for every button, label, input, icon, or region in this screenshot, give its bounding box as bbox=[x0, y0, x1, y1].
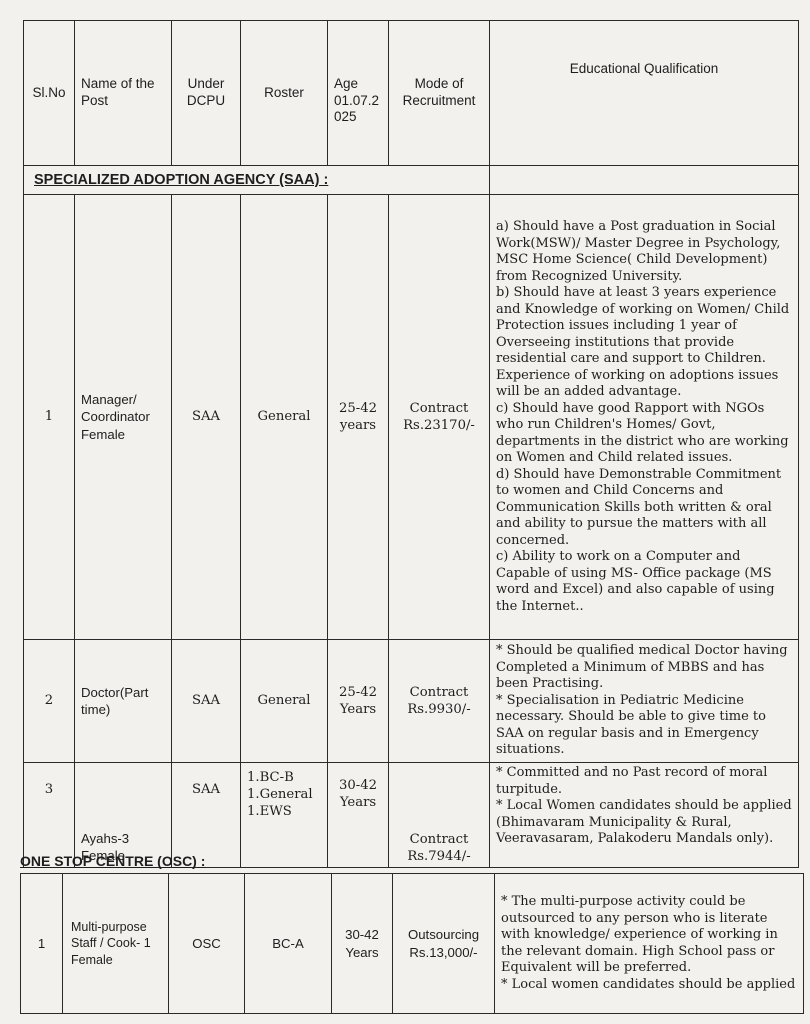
table-row: 3 Ayahs-3 Female SAA 1.BC-B 1.General 1.… bbox=[24, 763, 799, 868]
cell-roster: General bbox=[241, 640, 328, 763]
cell-sl-no: 1 bbox=[21, 874, 63, 1014]
cell-sl-no: 3 bbox=[24, 763, 75, 868]
cell-qualification: * Should be qualified medical Doctor hav… bbox=[490, 640, 799, 763]
recruitment-notice-page: Sl.No Name of the Post Under DCPU Roster… bbox=[0, 0, 810, 1024]
section-row-saa: SPECIALIZED ADOPTION AGENCY (SAA) : bbox=[24, 166, 799, 195]
qualification-item: * Local Women candidates should be appli… bbox=[496, 798, 792, 848]
cell-roster: BC-A bbox=[245, 874, 332, 1014]
header-sl-no: Sl.No bbox=[24, 21, 75, 166]
roster-item: 1.General bbox=[247, 786, 327, 803]
qualification-item: c) Should have good Rapport with NGOs wh… bbox=[496, 401, 792, 467]
header-mode: Mode of Recruitment bbox=[389, 21, 490, 166]
section-blank-cell bbox=[490, 166, 799, 195]
cell-post: Manager/ Coordinator Female bbox=[75, 195, 172, 640]
cell-age: 30-42 Years bbox=[332, 874, 393, 1014]
qualification-item: d) Should have Demonstrable Commitment t… bbox=[496, 467, 792, 550]
cell-post: Doctor(Part time) bbox=[75, 640, 172, 763]
cell-mode: Contract Rs.9930/- bbox=[389, 640, 490, 763]
qualification-item: * The multi-purpose activity could be ou… bbox=[501, 894, 797, 977]
qualification-item: * Specialisation in Pediatric Medicine n… bbox=[496, 693, 792, 759]
qualification-item: a) Should have a Post graduation in Soci… bbox=[496, 219, 792, 285]
cell-sl-no: 2 bbox=[24, 640, 75, 763]
cell-qualification: * Committed and no Past record of moral … bbox=[490, 763, 799, 868]
cell-age: 25-42 years bbox=[328, 195, 389, 640]
saa-posts-table: Sl.No Name of the Post Under DCPU Roster… bbox=[23, 20, 799, 868]
cell-mode: Outsourcing Rs.13,000/- bbox=[393, 874, 495, 1014]
table-row: 1 Multi-purpose Staff / Cook- 1 Female O… bbox=[21, 874, 804, 1014]
cell-under: SAA bbox=[172, 195, 241, 640]
header-roster: Roster bbox=[241, 21, 328, 166]
roster-item: 1.BC-B bbox=[247, 769, 327, 786]
section-title-saa: SPECIALIZED ADOPTION AGENCY (SAA) : bbox=[24, 166, 490, 195]
cell-mode: Contract Rs.7944/- bbox=[389, 763, 490, 868]
cell-post: Multi-purpose Staff / Cook- 1 Female bbox=[63, 874, 169, 1014]
cell-sl-no: 1 bbox=[24, 195, 75, 640]
qualification-item: c) Ability to work on a Computer and Cap… bbox=[496, 549, 792, 615]
header-post-name: Name of the Post bbox=[75, 21, 172, 166]
cell-roster: 1.BC-B 1.General 1.EWS bbox=[241, 763, 328, 868]
cell-under: SAA bbox=[172, 640, 241, 763]
qualification-item: b) Should have at least 3 years experien… bbox=[496, 285, 792, 401]
roster-item: 1.EWS bbox=[247, 803, 327, 820]
qualification-item: * Should be qualified medical Doctor hav… bbox=[496, 643, 792, 693]
table-header-row: Sl.No Name of the Post Under DCPU Roster… bbox=[24, 21, 799, 166]
cell-roster: General bbox=[241, 195, 328, 640]
header-age: Age 01.07.2 025 bbox=[328, 21, 389, 166]
cell-under: OSC bbox=[169, 874, 245, 1014]
qualification-item: * Local women candidates should be appli… bbox=[501, 977, 797, 994]
cell-age: 25-42 Years bbox=[328, 640, 389, 763]
cell-age: 30-42 Years bbox=[328, 763, 389, 868]
table-row: 1 Manager/ Coordinator Female SAA Genera… bbox=[24, 195, 799, 640]
osc-posts-table: 1 Multi-purpose Staff / Cook- 1 Female O… bbox=[20, 873, 804, 1014]
table-row: 2 Doctor(Part time) SAA General 25-42 Ye… bbox=[24, 640, 799, 763]
cell-mode: Contract Rs.23170/- bbox=[389, 195, 490, 640]
cell-qualification: a) Should have a Post graduation in Soci… bbox=[490, 195, 799, 640]
cell-post: Ayahs-3 Female bbox=[75, 763, 172, 868]
header-under-dcpu: Under DCPU bbox=[172, 21, 241, 166]
header-qualification: Educational Qualification bbox=[490, 21, 799, 166]
cell-qualification: * The multi-purpose activity could be ou… bbox=[495, 874, 804, 1014]
section-title-osc: ONE STOP CENTRE (OSC) : bbox=[20, 853, 205, 869]
qualification-item: * Committed and no Past record of moral … bbox=[496, 765, 792, 798]
cell-under: SAA bbox=[172, 763, 241, 868]
